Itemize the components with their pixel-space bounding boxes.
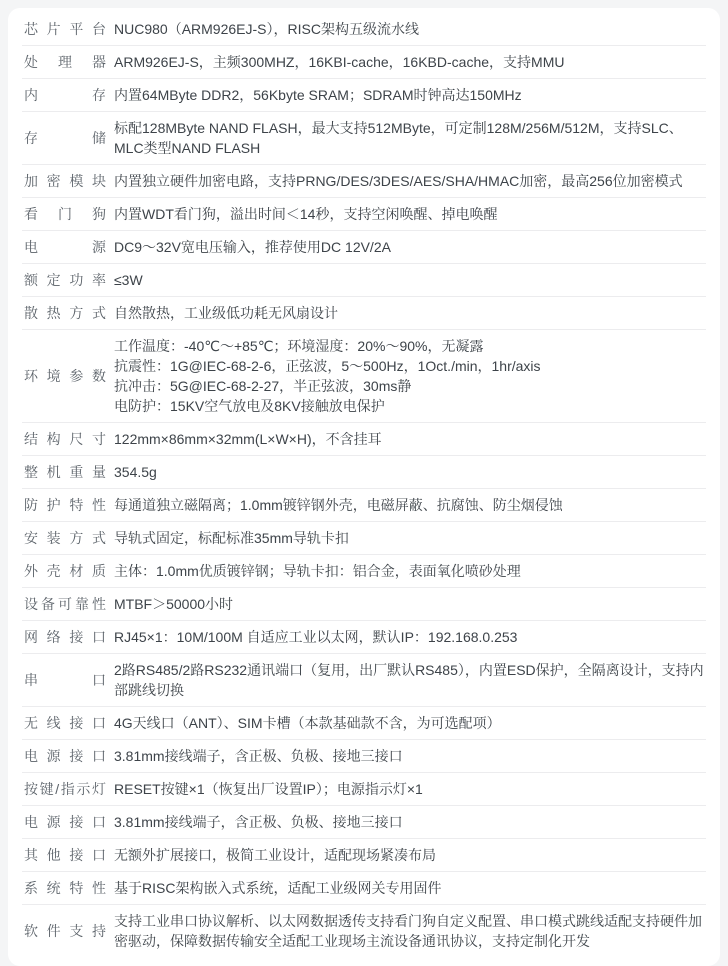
spec-label: 设备可靠性 xyxy=(24,594,106,614)
spec-value: RJ45×1：10M/100M 自适应工业以太网，默认IP：192.168.0.… xyxy=(114,627,704,647)
spec-row: 无线接口 4G天线口（ANT）、SIM卡槽（本款基础款不含，为可选配项） xyxy=(22,707,706,740)
spec-row: 网络接口 RJ45×1：10M/100M 自适应工业以太网，默认IP：192.1… xyxy=(22,621,706,654)
spec-label: 处理器 xyxy=(24,52,106,72)
spec-row: 散热方式 自然散热，工业级低功耗无风扇设计 xyxy=(22,297,706,330)
spec-label: 整机重量 xyxy=(24,462,106,482)
spec-row: 设备可靠性 MTBF＞50000小时 xyxy=(22,588,706,621)
spec-row: 电源接口 3.81mm接线端子，含正极、负极、接地三接口 xyxy=(22,740,706,773)
spec-value: 内置WDT看门狗，溢出时间＜14秒，支持空闲唤醒、掉电唤醒 xyxy=(114,204,704,224)
spec-row: 芯片平台 NUC980（ARM926EJ-S），RISC架构五级流水线 xyxy=(22,13,706,46)
spec-value: 主体：1.0mm优质镀锌钢；导轨卡扣：铝合金，表面氧化喷砂处理 xyxy=(114,561,704,581)
spec-label: 电源接口 xyxy=(24,746,106,766)
spec-label: 无线接口 xyxy=(24,713,106,733)
spec-label: 内存 xyxy=(24,85,106,105)
spec-row: 软件支持 支持工业串口协议解析、以太网数据透传支持看门狗自定义配置、串口模式跳线… xyxy=(22,905,706,957)
spec-table-body: 芯片平台 NUC980（ARM926EJ-S），RISC架构五级流水线 处理器 … xyxy=(22,13,706,957)
spec-value: 4G天线口（ANT）、SIM卡槽（本款基础款不含，为可选配项） xyxy=(114,713,704,733)
spec-label: 加密模块 xyxy=(24,171,106,191)
spec-card: 芯片平台 NUC980（ARM926EJ-S），RISC架构五级流水线 处理器 … xyxy=(8,8,720,966)
spec-value: MTBF＞50000小时 xyxy=(114,594,704,614)
spec-value: 内置独立硬件加密电路，支持PRNG/DES/3DES/AES/SHA/HMAC加… xyxy=(114,171,704,191)
spec-label: 按键/指示灯 xyxy=(24,779,106,799)
spec-value: NUC980（ARM926EJ-S），RISC架构五级流水线 xyxy=(114,19,704,39)
spec-row: 存储 标配128MByte NAND FLASH，最大支持512MByte，可定… xyxy=(22,112,706,165)
spec-value: 354.5g xyxy=(114,462,704,482)
spec-value: 每通道独立磁隔离；1.0mm镀锌钢外壳，电磁屏蔽、抗腐蚀、防尘烟侵蚀 xyxy=(114,495,704,515)
spec-label: 安装方式 xyxy=(24,528,106,548)
spec-row: 系统特性 基于RISC架构嵌入式系统，适配工业级网关专用固件 xyxy=(22,872,706,905)
spec-value: 3.81mm接线端子，含正极、负极、接地三接口 xyxy=(114,812,704,832)
spec-label: 结构尺寸 xyxy=(24,429,106,449)
spec-label: 散热方式 xyxy=(24,303,106,323)
spec-label: 其他接口 xyxy=(24,845,106,865)
spec-value: 自然散热，工业级低功耗无风扇设计 xyxy=(114,303,704,323)
spec-row: 整机重量 354.5g xyxy=(22,456,706,489)
spec-row: 电源接口 3.81mm接线端子，含正极、负极、接地三接口 xyxy=(22,806,706,839)
spec-row: 外壳材质 主体：1.0mm优质镀锌钢；导轨卡扣：铝合金，表面氧化喷砂处理 xyxy=(22,555,706,588)
spec-label: 外壳材质 xyxy=(24,561,106,581)
spec-row: 电源 DC9～32V宽电压输入，推荐使用DC 12V/2A xyxy=(22,231,706,264)
spec-label: 环境参数 xyxy=(24,366,106,386)
spec-label: 芯片平台 xyxy=(24,19,106,39)
spec-row: 结构尺寸 122mm×86mm×32mm(L×W×H)，不含挂耳 xyxy=(22,423,706,456)
spec-row: 看门狗 内置WDT看门狗，溢出时间＜14秒，支持空闲唤醒、掉电唤醒 xyxy=(22,198,706,231)
spec-row: 处理器 ARM926EJ-S，主频300MHZ，16KBI-cache，16KB… xyxy=(22,46,706,79)
spec-row: 环境参数 工作温度：-40℃～+85℃；环境湿度：20%～90%，无凝露 抗震性… xyxy=(22,330,706,423)
spec-value: RESET按键×1（恢复出厂设置IP）；电源指示灯×1 xyxy=(114,779,704,799)
spec-label: 软件支持 xyxy=(24,921,106,941)
spec-value: ARM926EJ-S，主频300MHZ，16KBI-cache，16KBD-ca… xyxy=(114,52,704,72)
spec-label: 额定功率 xyxy=(24,270,106,290)
spec-value: 3.81mm接线端子，含正极、负极、接地三接口 xyxy=(114,746,704,766)
spec-value: 支持工业串口协议解析、以太网数据透传支持看门狗自定义配置、串口模式跳线适配支持硬… xyxy=(114,911,704,951)
spec-value: 无额外扩展接口，极简工业设计，适配现场紧凑布局 xyxy=(114,845,704,865)
spec-label: 看门狗 xyxy=(24,204,106,224)
spec-value: ≤3W xyxy=(114,270,704,290)
spec-label: 系统特性 xyxy=(24,878,106,898)
spec-row: 加密模块 内置独立硬件加密电路，支持PRNG/DES/3DES/AES/SHA/… xyxy=(22,165,706,198)
spec-row: 内存 内置64MByte DDR2，56Kbyte SRAM；SDRAM时钟高达… xyxy=(22,79,706,112)
spec-row: 防护特性 每通道独立磁隔离；1.0mm镀锌钢外壳，电磁屏蔽、抗腐蚀、防尘烟侵蚀 xyxy=(22,489,706,522)
spec-value: 工作温度：-40℃～+85℃；环境湿度：20%～90%，无凝露 抗震性：1G@I… xyxy=(114,336,704,416)
spec-label: 电源 xyxy=(24,237,106,257)
spec-value: 2路RS485/2路RS232通讯端口（复用，出厂默认RS485），内置ESD保… xyxy=(114,660,704,700)
spec-row: 串口 2路RS485/2路RS232通讯端口（复用，出厂默认RS485），内置E… xyxy=(22,654,706,707)
spec-row: 按键/指示灯 RESET按键×1（恢复出厂设置IP）；电源指示灯×1 xyxy=(22,773,706,806)
spec-label: 串口 xyxy=(24,670,106,690)
spec-value: DC9～32V宽电压输入，推荐使用DC 12V/2A xyxy=(114,237,704,257)
spec-row: 其他接口 无额外扩展接口，极简工业设计，适配现场紧凑布局 xyxy=(22,839,706,872)
spec-label: 防护特性 xyxy=(24,495,106,515)
spec-row: 额定功率 ≤3W xyxy=(22,264,706,297)
spec-label: 存储 xyxy=(24,128,106,148)
spec-row: 安装方式 导轨式固定，标配标准35mm导轨卡扣 xyxy=(22,522,706,555)
spec-label: 电源接口 xyxy=(24,812,106,832)
spec-value: 内置64MByte DDR2，56Kbyte SRAM；SDRAM时钟高达150… xyxy=(114,85,704,105)
spec-value: 122mm×86mm×32mm(L×W×H)，不含挂耳 xyxy=(114,429,704,449)
spec-label: 网络接口 xyxy=(24,627,106,647)
spec-value: 标配128MByte NAND FLASH，最大支持512MByte，可定制12… xyxy=(114,118,704,158)
spec-value: 基于RISC架构嵌入式系统，适配工业级网关专用固件 xyxy=(114,878,704,898)
spec-value: 导轨式固定，标配标准35mm导轨卡扣 xyxy=(114,528,704,548)
